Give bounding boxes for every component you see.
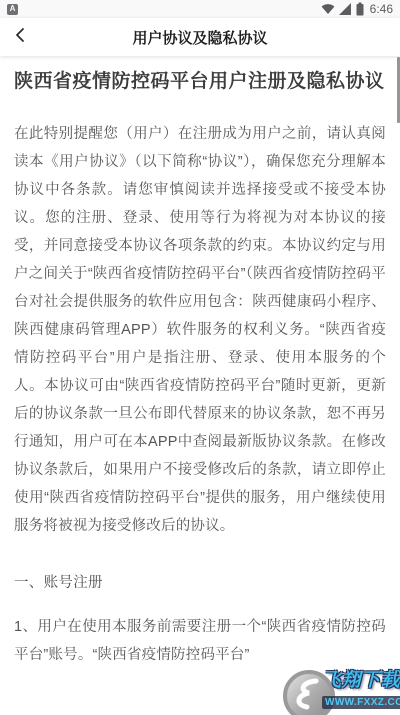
section-heading-account-registration: 一、账号注册	[14, 569, 386, 597]
watermark-site-url: WWW.FXXZ.COM	[322, 696, 400, 709]
cellular-signal-icon	[339, 3, 352, 15]
page-title: 用户协议及隐私协议	[0, 27, 400, 48]
fxxz-logo-icon	[282, 669, 336, 715]
notification-app-icon: A	[7, 4, 18, 15]
agreement-intro-paragraph: 在此特别提醒您（用户）在注册成为用户之前，请认真阅读本《用户协议》（以下简称“协…	[14, 120, 386, 540]
back-button[interactable]	[12, 24, 38, 50]
agreement-content: 陕西省疫情防控码平台用户注册及隐私协议 在此特别提醒您（用户）在注册成为用户之前…	[0, 69, 400, 669]
app-header: 用户协议及隐私协议	[0, 18, 400, 56]
battery-icon	[356, 2, 364, 16]
watermark-site-name: 飞翔下载	[322, 665, 400, 692]
document-title: 陕西省疫情防控码平台用户注册及隐私协议	[14, 69, 386, 95]
back-chevron-icon	[12, 26, 30, 49]
status-bar: A 6:46	[0, 0, 400, 18]
section-item-1: 1、用户在使用本服务前需要注册一个“陕西省疫情防控码平台”账号。“陕西省疫情防控…	[14, 613, 386, 669]
wifi-icon	[321, 3, 335, 15]
watermark: 飞翔下载 WWW.FXXZ.COM	[282, 661, 400, 715]
app-screen: A 6:46	[0, 0, 400, 715]
status-time: 6:46	[370, 2, 393, 16]
